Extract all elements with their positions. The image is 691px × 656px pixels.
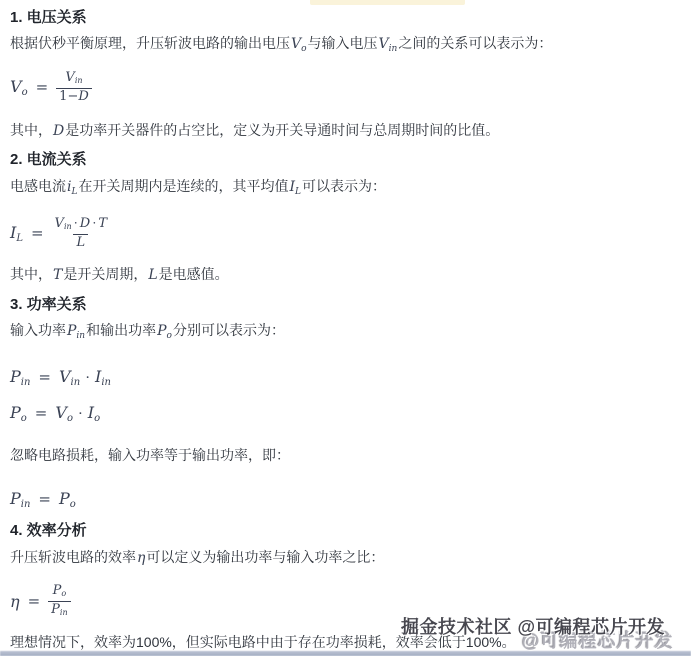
current-note-paragraph: 其中，T是开关周期，L是电感值。 (10, 264, 229, 286)
equals-sign: = (28, 592, 41, 610)
text-run: 是电感值。 (159, 266, 229, 282)
equals-sign: = (31, 224, 44, 242)
formula-rhs: Vin⋅Iin (59, 367, 111, 388)
text-run: 其中， (10, 122, 52, 138)
text-run: 可以定义为输出功率与输入功率之比： (146, 549, 384, 565)
math-L-inline: L (148, 267, 157, 283)
text-run: 是开关周期， (63, 266, 147, 282)
section-1-heading: 1. 电压关系 (10, 6, 87, 27)
section-2-heading: 2. 电流关系 (10, 148, 87, 169)
formula-lhs: Po (10, 403, 27, 424)
power-intro-paragraph: 输入功率Pin和输出功率Po分别可以表示为： (10, 320, 285, 347)
efficiency-intro-paragraph: 升压斩波电路的效率η可以定义为输出功率与输入功率之比： (10, 547, 384, 569)
section-3-heading: 3. 功率关系 (10, 293, 87, 314)
text-run: 与输入电压 (308, 35, 378, 51)
document-page: 1. 电压关系 根据伏秒平衡原理，升压斩波电路的输出电压Vo与输入电压Vin之间… (0, 0, 691, 656)
current-formula: IL = Vin⋅D⋅T L (10, 217, 110, 249)
current-intro-paragraph: 电感电流iL在开关周期内是连续的，其平均值IL可以表示为： (10, 176, 386, 203)
text-run: 是功率开关器件的占空比，定义为开关导通时间与总周期时间的比值。 (65, 122, 499, 138)
section-4-heading: 4. 效率分析 (10, 519, 87, 540)
equals-sign: = (38, 490, 51, 508)
text-run: 之间的关系可以表示为： (398, 35, 552, 51)
math-Pin-inline: Pin (67, 323, 85, 339)
math-Vin-inline: Vin (379, 36, 398, 52)
text-run: 其中， (10, 266, 52, 282)
formula-lhs: Pin (10, 489, 30, 510)
math-Vo-inline: Vo (291, 36, 307, 52)
fraction: Po Pin (48, 583, 70, 620)
fraction: Vin⋅D⋅T L (52, 216, 110, 250)
fraction: Vin 1−D (56, 70, 92, 104)
formula-lhs: η (10, 592, 20, 611)
output-power-formula: Po = Vo⋅Io (10, 403, 100, 423)
voltage-intro-paragraph: 根据伏秒平衡原理，升压斩波电路的输出电压Vo与输入电压Vin之间的关系可以表示为… (10, 33, 552, 60)
math-D-inline: D (53, 123, 64, 139)
text-run: 可以表示为： (302, 178, 386, 194)
top-highlight-band (310, 0, 465, 5)
equals-sign: = (36, 78, 49, 96)
text-run: 电感电流 (10, 178, 66, 194)
math-Po-inline: Po (157, 323, 172, 339)
voltage-formula: Vo = Vin 1−D (10, 71, 92, 103)
formula-lhs: IL (10, 223, 23, 244)
text-run: 分别可以表示为： (173, 322, 285, 338)
formula-rhs: Po (59, 489, 76, 510)
text-run: 升压斩波电路的效率 (10, 549, 136, 565)
text-run: 根据伏秒平衡原理，升压斩波电路的输出电压 (10, 35, 290, 51)
formula-lhs: Vo (10, 77, 28, 98)
text-run: 在开关周期内是连续的，其平均值 (78, 178, 288, 194)
math-IL-inline: IL (289, 179, 301, 195)
formula-rhs: Vo⋅Io (55, 403, 100, 424)
equals-sign: = (38, 368, 51, 386)
math-eta-inline: η (137, 550, 145, 566)
text-run: 输入功率 (10, 322, 66, 338)
watermark-primary: 掘金技术社区 @可编程芯片开发 (401, 613, 665, 639)
formula-lhs: Pin (10, 367, 30, 388)
text-run: 和输出功率 (86, 322, 156, 338)
power-equality-formula: Pin = Po (10, 489, 76, 509)
power-note-paragraph: 忽略电路损耗，输入功率等于输出功率，即： (10, 445, 290, 466)
equals-sign: = (35, 404, 48, 422)
math-T-inline: T (53, 267, 62, 283)
efficiency-formula: η = Po Pin (10, 585, 71, 617)
voltage-note-paragraph: 其中，D是功率开关器件的占空比，定义为开关导通时间与总周期时间的比值。 (10, 120, 499, 142)
input-power-formula: Pin = Vin⋅Iin (10, 367, 111, 387)
math-iL-inline: iL (67, 179, 77, 195)
